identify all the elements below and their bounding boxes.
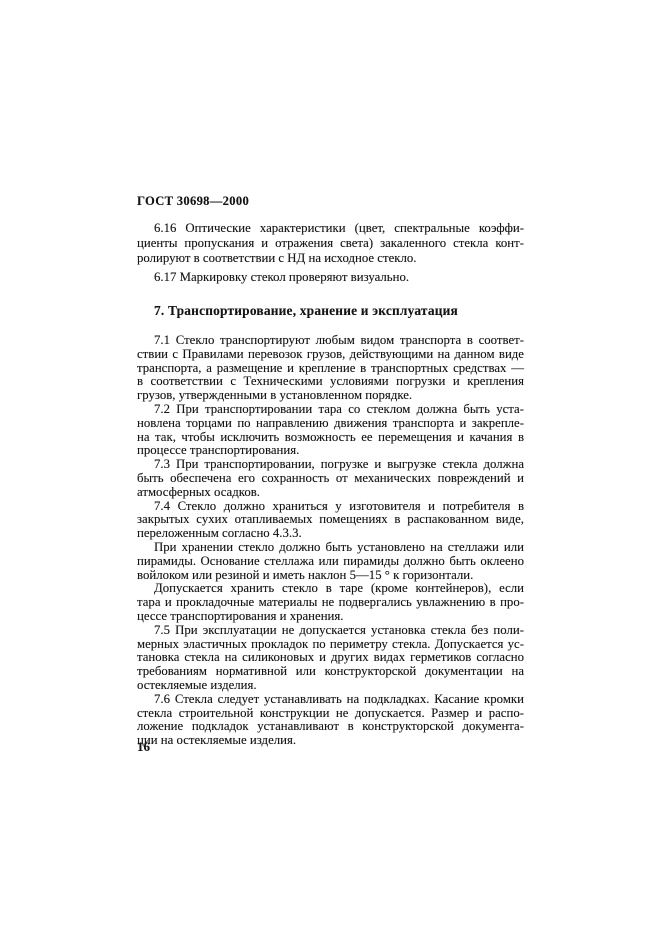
- para-7-4: 7.4 Стекло должно храниться у изготовите…: [137, 500, 524, 541]
- paragraph-line: переложенным согласно 4.3.3.: [137, 527, 524, 541]
- paragraph-line: атмосферных осадков.: [137, 486, 524, 500]
- paragraph-line: стекла строительной конструкции не допус…: [137, 707, 524, 721]
- paragraph-line: Допускается хранить стекло в таре (кроме…: [137, 582, 524, 596]
- section-7-heading: 7. Транспортирование, хранение и эксплуа…: [137, 303, 524, 319]
- paragraph-line: пирамиды. Основание стеллажа или пирамид…: [137, 555, 524, 569]
- text-column: 6.16 Оптические характеристики (цвет, сп…: [137, 221, 524, 748]
- paragraph-line: ложение подкладок устанавливают в констр…: [137, 720, 524, 734]
- paragraph-line: новлена торцами по направлению движения …: [137, 417, 524, 431]
- document-page: ГОСТ 30698—2000 6.16 Оптические характер…: [0, 0, 661, 935]
- paragraph-line: тановка стекла на силиконовых и других в…: [137, 651, 524, 665]
- paragraph-line: ствии с Правилами перевозок грузов, дейс…: [137, 348, 524, 362]
- paragraph-line: остекляемые изделия.: [137, 679, 524, 693]
- paragraph-line: 7.2 При транспортировании тара со стекло…: [137, 403, 524, 417]
- page-number: 16: [137, 739, 150, 755]
- paragraph-line: мерных эластичных прокладок по периметру…: [137, 638, 524, 652]
- paragraph-line: 7.6 Стекла следует устанавливать на подк…: [137, 693, 524, 707]
- paragraph-line: на так, чтобы исключить возможность ее п…: [137, 431, 524, 445]
- paragraph-line: цессе транспортирования и хранения.: [137, 610, 524, 624]
- paragraph-line: циенты пропускания и отражения света) за…: [137, 236, 524, 251]
- paragraph-line: закрытых сухих отапливаемых помещениях в…: [137, 513, 524, 527]
- paragraph-line: 6.17 Маркировку стекол проверяют визуаль…: [137, 270, 524, 285]
- para-6-17: 6.17 Маркировку стекол проверяют визуаль…: [137, 270, 524, 285]
- paragraph-line: требованиям нормативной или конструкторс…: [137, 665, 524, 679]
- paragraph-line: 7.3 При транспортировании, погрузке и вы…: [137, 458, 524, 472]
- para-7-5: 7.5 При эксплуатации не допускается уста…: [137, 624, 524, 693]
- paragraph-line: в соответствии с Техническими условиями …: [137, 375, 524, 389]
- para-7-6: 7.6 Стекла следует устанавливать на подк…: [137, 693, 524, 748]
- paragraph-line: 6.16 Оптические характеристики (цвет, сп…: [137, 221, 524, 236]
- para-storage-racks: При хранении стекло должно быть установл…: [137, 541, 524, 582]
- para-7-1: 7.1 Стекло транспортируют любым видом тр…: [137, 334, 524, 403]
- para-7-2: 7.2 При транспортировании тара со стекло…: [137, 403, 524, 458]
- paragraph-line: быть обеспечена его сохранность от механ…: [137, 472, 524, 486]
- para-7-3: 7.3 При транспортировании, погрузке и вы…: [137, 458, 524, 499]
- paragraph-line: транспорта, а размещение и крепление в т…: [137, 362, 524, 376]
- paragraph-line: грузов, утвержденными в установленном по…: [137, 389, 524, 403]
- para-6-16: 6.16 Оптические характеристики (цвет, сп…: [137, 221, 524, 266]
- paragraph-line: 7.4 Стекло должно храниться у изготовите…: [137, 500, 524, 514]
- paragraph-line: ции на остекляемые изделия.: [137, 734, 524, 748]
- paragraph-line: тара и прокладочные материалы не подверг…: [137, 596, 524, 610]
- paragraph-line: 7.5 При эксплуатации не допускается уста…: [137, 624, 524, 638]
- paragraph-line: войлоком или резиной и иметь наклон 5—15…: [137, 569, 524, 583]
- para-storage-tare: Допускается хранить стекло в таре (кроме…: [137, 582, 524, 623]
- paragraph-line: процессе транспортирования.: [137, 444, 524, 458]
- paragraph-line: ролируют в соответствии с НД на исходное…: [137, 251, 524, 266]
- document-header-standard-number: ГОСТ 30698—2000: [137, 194, 249, 209]
- paragraph-line: При хранении стекло должно быть установл…: [137, 541, 524, 555]
- paragraph-line: 7.1 Стекло транспортируют любым видом тр…: [137, 334, 524, 348]
